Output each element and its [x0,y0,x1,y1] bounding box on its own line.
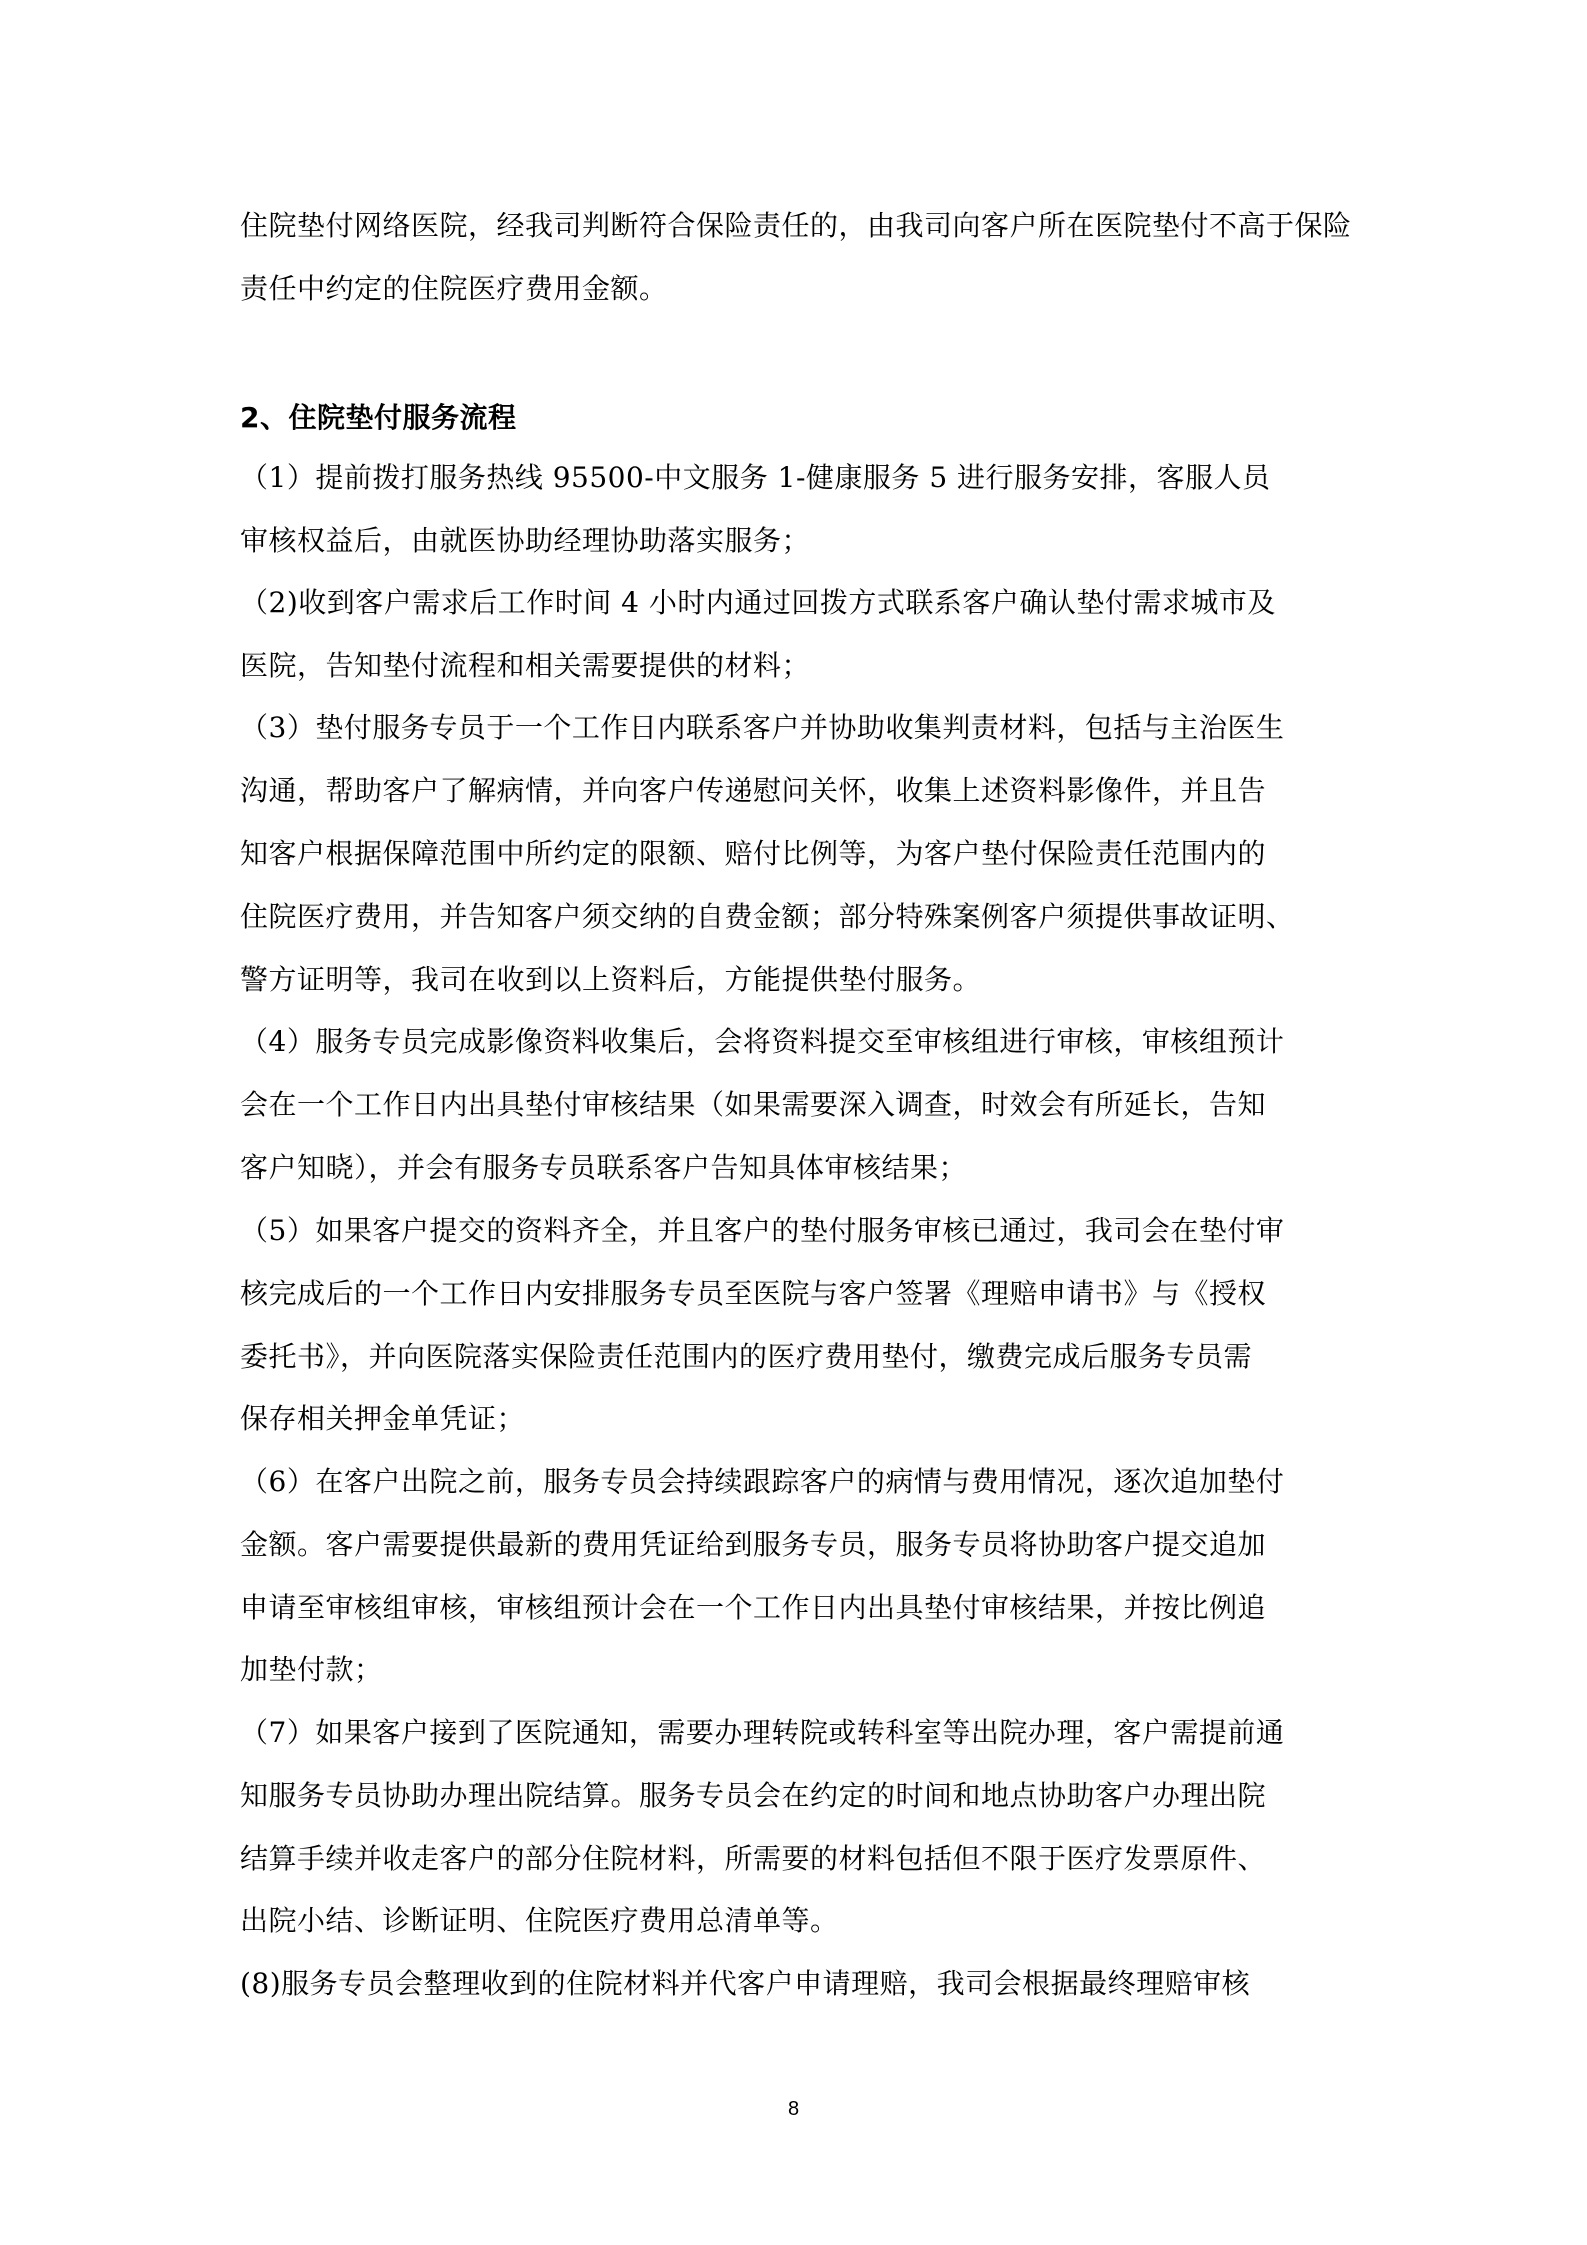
step-7-line: 出院小结、诊断证明、住院医疗费用总清单等。 [240,1903,839,1939]
step-5-line: 保存相关押金单凭证； [240,1401,525,1437]
step-4-line: （4）服务专员完成影像资料收集后，会将资料提交至审核组进行审核，审核组预计 [240,1024,1284,1060]
intro-line: 责任中约定的住院医疗费用金额。 [240,271,668,307]
intro-line: 住院垫付网络医院，经我司判断符合保险责任的，由我司向客户所在医院垫付不高于保险 [240,208,1352,244]
step-5-line: （5）如果客户提交的资料齐全，并且客户的垫付服务审核已通过，我司会在垫付审 [240,1213,1284,1249]
step-1-line: （1）提前拨打服务热线 95500-中文服务 1-健康服务 5 进行服务安排，客… [240,460,1271,496]
step-5-line: 委托书》，并向医院落实保险责任范围内的医疗费用垫付，缴费完成后服务专员需 [240,1339,1252,1375]
step-2-line: 医院，告知垫付流程和相关需要提供的材料； [240,648,810,684]
step-4-line: 客户知晓），并会有服务专员联系客户告知具体审核结果； [240,1150,967,1186]
step-1-line: 审核权益后，由就医协助经理协助落实服务； [240,523,810,559]
step-6-line: （6）在客户出院之前，服务专员会持续跟踪客户的病情与费用情况，逐次追加垫付 [240,1464,1284,1500]
step-2-line: （2)收到客户需求后工作时间 4 小时内通过回拨方式联系客户确认垫付需求城市及 [240,585,1276,621]
step-6-line: 金额。客户需要提供最新的费用凭证给到服务专员，服务专员将协助客户提交追加 [240,1527,1266,1563]
document-page: 住院垫付网络医院，经我司判断符合保险责任的，由我司向客户所在医院垫付不高于保险 … [0,0,1587,2245]
page-number: 8 [0,2098,1587,2121]
step-3-line: 住院医疗费用，并告知客户须交纳的自费金额；部分特殊案例客户须提供事故证明、 [240,899,1295,935]
step-5-line: 核完成后的一个工作日内安排服务专员至医院与客户签署《理赔申请书》与《授权 [240,1276,1266,1312]
step-4-line: 会在一个工作日内出具垫付审核结果（如果需要深入调查，时效会有所延长，告知 [240,1087,1266,1123]
step-6-line: 申请至审核组审核，审核组预计会在一个工作日内出具垫付审核结果，并按比例追 [240,1590,1266,1626]
step-7-line: 结算手续并收走客户的部分住院材料，所需要的材料包括但不限于医疗发票原件、 [240,1841,1266,1877]
step-3-line: 知客户根据保障范围中所约定的限额、赔付比例等，为客户垫付保险责任范围内的 [240,836,1266,872]
step-3-line: （3）垫付服务专员于一个工作日内联系客户并协助收集判责材料，包括与主治医生 [240,710,1284,746]
step-7-line: （7）如果客户接到了医院通知，需要办理转院或转科室等出院办理，客户需提前通 [240,1715,1284,1751]
step-7-line: 知服务专员协助办理出院结算。服务专员会在约定的时间和地点协助客户办理出院 [240,1778,1266,1814]
step-3-line: 警方证明等，我司在收到以上资料后，方能提供垫付服务。 [240,962,981,998]
step-3-line: 沟通，帮助客户了解病情，并向客户传递慰问关怀，收集上述资料影像件，并且告 [240,773,1266,809]
step-6-line: 加垫付款； [240,1652,383,1688]
section-heading: 2、住院垫付服务流程 [240,400,516,436]
step-8-line: (8)服务专员会整理收到的住院材料并代客户申请理赔，我司会根据最终理赔审核 [240,1966,1250,2002]
